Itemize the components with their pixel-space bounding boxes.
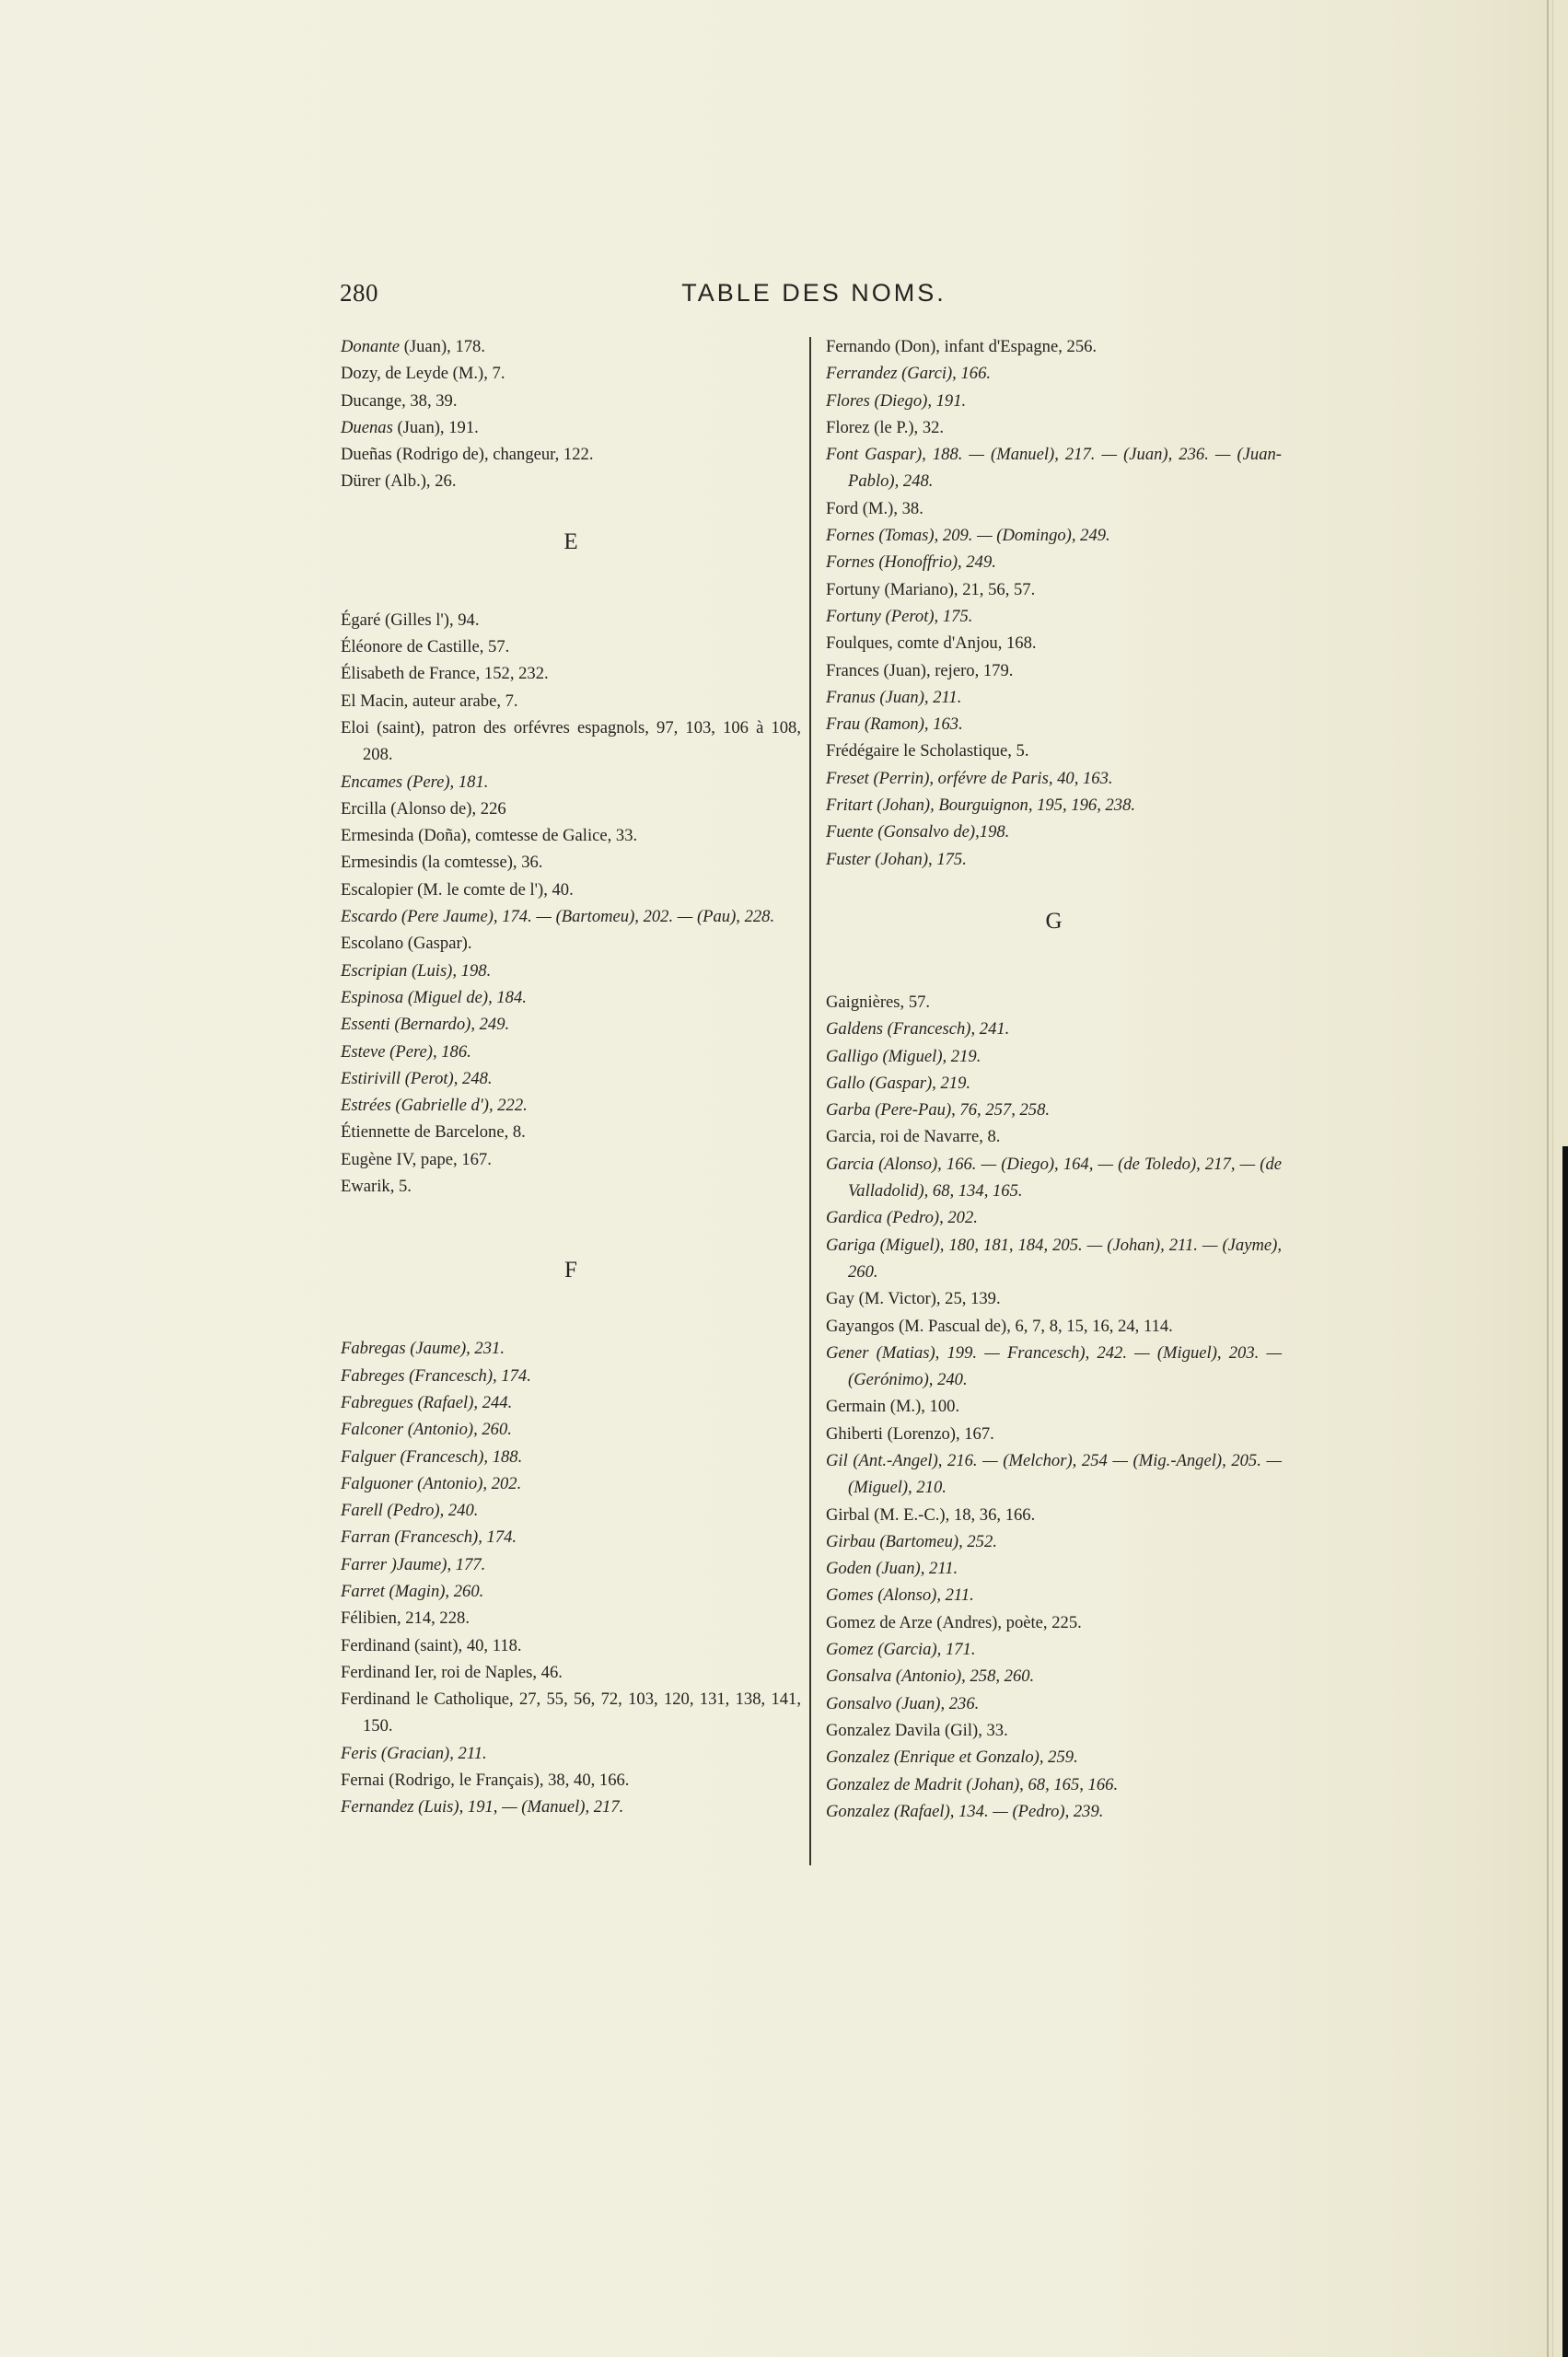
section-heading-g: G [826,908,1282,935]
index-entry: Donante (Juan), 178. [341,333,801,360]
index-entry: Frédégaire le Scholastique, 5. [826,737,1282,764]
page-edge-shadow [1562,1146,1568,2357]
index-entry: Gonzalez (Rafael), 134. — (Pedro), 239. [826,1798,1282,1825]
index-entry: Fornes (Honoffrio), 249. [826,549,1282,575]
index-entry: Égaré (Gilles l'), 94. [341,607,801,633]
index-entry: Escolano (Gaspar). [341,930,801,957]
index-column-left: Donante (Juan), 178. Dozy, de Leyde (M.)… [341,333,801,1821]
index-entry: Ferdinand Ier, roi de Naples, 46. [341,1659,801,1686]
index-entry: Félibien, 214, 228. [341,1605,801,1631]
index-entry: Fuente (Gonsalvo de),198. [826,819,1282,845]
index-entry: Estrées (Gabrielle d'), 222. [341,1092,801,1119]
index-entry: Gardica (Pedro), 202. [826,1204,1282,1231]
index-entry: Gener (Matias), 199. — Francesch), 242. … [826,1340,1282,1394]
index-entry: Gomez (Garcia), 171. [826,1636,1282,1663]
index-entry: Girbal (M. E.-C.), 18, 36, 166. [826,1502,1282,1528]
index-entry: Farell (Pedro), 240. [341,1497,801,1524]
index-entry: Fernando (Don), infant d'Espagne, 256. [826,333,1282,360]
index-entry: Ferdinand (saint), 40, 118. [341,1632,801,1659]
index-entry: Esteve (Pere), 186. [341,1039,801,1065]
index-entry: Gay (M. Victor), 25, 139. [826,1285,1282,1312]
index-entry: Girbau (Bartomeu), 252. [826,1528,1282,1555]
index-entry: Goden (Juan), 211. [826,1555,1282,1582]
index-entry: Foulques, comte d'Anjou, 168. [826,630,1282,656]
index-entry: Frances (Juan), rejero, 179. [826,657,1282,684]
index-entry: Espinosa (Miguel de), 184. [341,984,801,1011]
index-entry: Fortuny (Mariano), 21, 56, 57. [826,576,1282,603]
index-entry: Ferrandez (Garci), 166. [826,360,1282,387]
index-entry: Farran (Francesch), 174. [341,1524,801,1550]
page-header: 280 TABLE DES NOMS. [340,279,1288,316]
index-entry: Ermesinda (Doña), comtesse de Galice, 33… [341,822,801,849]
index-entry: Ducange, 38, 39. [341,388,801,414]
index-entry: Gayangos (M. Pascual de), 6, 7, 8, 15, 1… [826,1313,1282,1340]
index-entry: Gonsalvo (Juan), 236. [826,1690,1282,1717]
index-entry: Feris (Gracian), 211. [341,1740,801,1767]
index-entry: Gonzalez Davila (Gil), 33. [826,1717,1282,1744]
index-entry: Eugène IV, pape, 167. [341,1146,801,1173]
index-entry: Ewarik, 5. [341,1173,801,1200]
index-entry: Gomes (Alonso), 211. [826,1582,1282,1608]
index-entry: Gomez de Arze (Andres), poète, 225. [826,1609,1282,1636]
index-entry: Dueñas (Rodrigo de), changeur, 122. [341,441,801,468]
index-entry: Florez (le P.), 32. [826,414,1282,441]
index-entry: Garcia, roi de Navarre, 8. [826,1123,1282,1150]
index-entry: Escardo (Pere Jaume), 174. — (Bartomeu),… [341,903,801,930]
index-entry: Fortuny (Perot), 175. [826,603,1282,630]
index-entry: Escalopier (M. le comte de l'), 40. [341,877,801,903]
running-title: TABLE DES NOMS. [340,279,1288,308]
index-entry: Font Gaspar), 188. — (Manuel), 217. — (J… [826,441,1282,495]
index-entry: Encames (Pere), 181. [341,769,801,795]
index-entry: Gallo (Gaspar), 219. [826,1070,1282,1097]
index-entry: Freset (Perrin), orfévre de Paris, 40, 1… [826,765,1282,792]
index-entry: Gonsalva (Antonio), 258, 260. [826,1663,1282,1689]
index-entry: Fabreges (Francesch), 174. [341,1363,801,1389]
index-entry: Gaignières, 57. [826,989,1282,1016]
index-entry: Fabregas (Jaume), 231. [341,1335,801,1362]
index-entry: Eloi (saint), patron des orfévres espagn… [341,714,801,769]
index-entry: Falconer (Antonio), 260. [341,1416,801,1443]
index-entry: Fernandez (Luis), 191, — (Manuel), 217. [341,1794,801,1820]
index-entry: Flores (Diego), 191. [826,388,1282,414]
index-entry: Ford (M.), 38. [826,495,1282,522]
index-entry: El Macin, auteur arabe, 7. [341,688,801,714]
page-fold-line-secondary [1552,0,1553,2357]
index-entry: Germain (M.), 100. [826,1393,1282,1420]
column-divider [809,337,811,1865]
index-entry: Fritart (Johan), Bourguignon, 195, 196, … [826,792,1282,819]
index-entry: Fabregues (Rafael), 244. [341,1389,801,1416]
index-entry: Garba (Pere-Pau), 76, 257, 258. [826,1097,1282,1123]
index-entry: Essenti (Bernardo), 249. [341,1011,801,1038]
index-entry: Duenas (Juan), 191. [341,414,801,441]
index-entry: Gonzalez de Madrit (Johan), 68, 165, 166… [826,1771,1282,1798]
index-entry: Dürer (Alb.), 26. [341,468,801,494]
index-entry: Éléonore de Castille, 57. [341,633,801,660]
index-entry: Farrer )Jaume), 177. [341,1551,801,1578]
index-entry: Étiennette de Barcelone, 8. [341,1119,801,1145]
index-entry: Ghiberti (Lorenzo), 167. [826,1421,1282,1447]
index-entry: Galdens (Francesch), 241. [826,1016,1282,1042]
index-entry: Frau (Ramon), 163. [826,711,1282,737]
index-entry: Farret (Magin), 260. [341,1578,801,1605]
index-entry: Gariga (Miguel), 180, 181, 184, 205. — (… [826,1232,1282,1286]
index-entry: Gil (Ant.-Angel), 216. — (Melchor), 254 … [826,1447,1282,1502]
index-column-right: Fernando (Don), infant d'Espagne, 256. F… [826,333,1282,1825]
index-entry: Ermesindis (la comtesse), 36. [341,849,801,876]
page-fold-line [1547,0,1549,2357]
index-entry: Escripian (Luis), 198. [341,958,801,984]
index-entry: Falguoner (Antonio), 202. [341,1470,801,1497]
index-entry: Franus (Juan), 211. [826,684,1282,711]
index-entry: Ercilla (Alonso de), 226 [341,795,801,822]
index-entry: Fernai (Rodrigo, le Français), 38, 40, 1… [341,1767,801,1794]
book-page: 280 TABLE DES NOMS. Donante (Juan), 178.… [0,0,1568,2357]
index-entry: Garcia (Alonso), 166. — (Diego), 164, — … [826,1151,1282,1205]
index-entry: Ferdinand le Catholique, 27, 55, 56, 72,… [341,1686,801,1740]
index-entry: Gonzalez (Enrique et Gonzalo), 259. [826,1744,1282,1771]
index-entry: Estirivill (Perot), 248. [341,1065,801,1092]
index-entry: Élisabeth de France, 152, 232. [341,660,801,687]
index-entry: Falguer (Francesch), 188. [341,1444,801,1470]
index-entry: Galligo (Miguel), 219. [826,1043,1282,1070]
section-heading-f: F [341,1257,801,1284]
index-entry: Fuster (Johan), 175. [826,846,1282,873]
section-heading-e: E [341,528,801,556]
index-entry: Fornes (Tomas), 209. — (Domingo), 249. [826,522,1282,549]
index-entry: Dozy, de Leyde (M.), 7. [341,360,801,387]
